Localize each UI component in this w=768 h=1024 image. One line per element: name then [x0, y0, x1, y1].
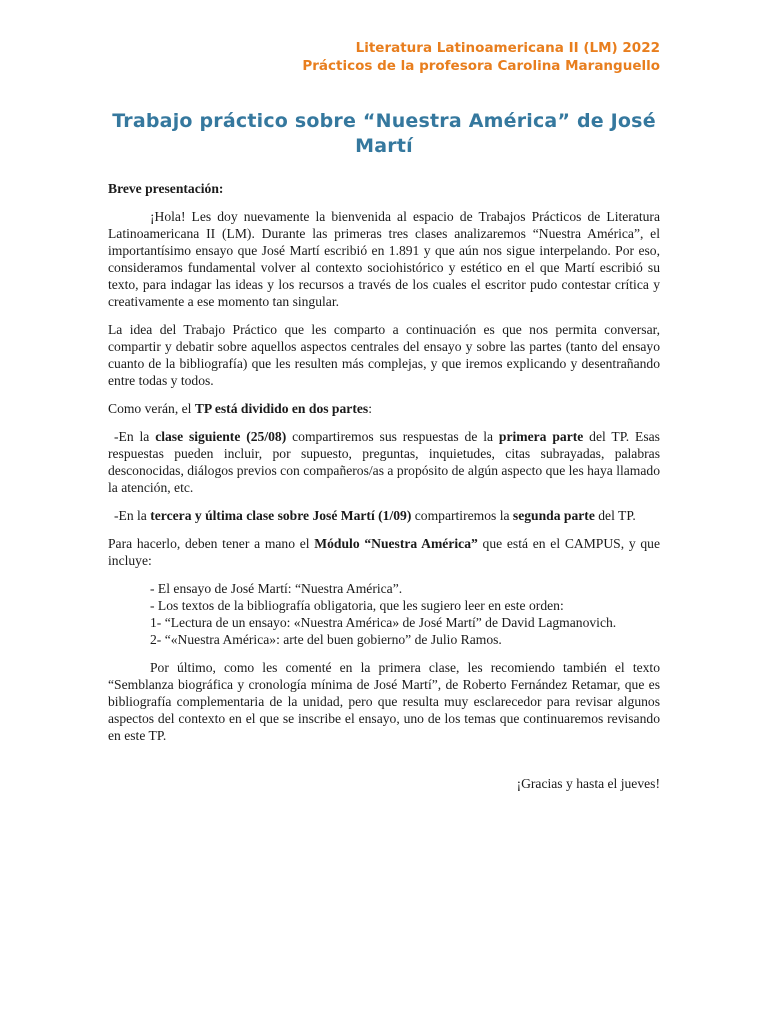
- text-run: La idea del Trabajo Práctico que les com…: [108, 322, 660, 388]
- bold-text-run: TP está dividido en dos partes: [195, 401, 368, 416]
- bold-text-run: Breve presentación:: [108, 181, 223, 196]
- text-run: ¡Hola! Les doy nuevamente la bienvenida …: [108, 209, 660, 309]
- text-run: compartiremos sus respuestas de la: [286, 429, 499, 444]
- text-run: :: [368, 401, 372, 416]
- paragraph-indent: ¡Hola! Les doy nuevamente la bienvenida …: [108, 208, 660, 310]
- bold-text-run: primera parte: [499, 429, 583, 444]
- bold-text-run: Módulo “Nuestra América”: [314, 536, 478, 551]
- header-line-2: Prácticos de la profesora Carolina Maran…: [108, 58, 660, 76]
- paragraph-plain: Como verán, el TP está dividido en dos p…: [108, 400, 660, 417]
- document-body: Breve presentación:¡Hola! Les doy nuevam…: [108, 180, 660, 792]
- text-run: Por último, como les comenté en la prime…: [108, 660, 660, 743]
- document-title: Trabajo práctico sobre “Nuestra América”…: [108, 109, 660, 159]
- paragraph-dash: -En la clase siguiente (25/08) compartir…: [108, 428, 660, 496]
- text-run: Como verán, el: [108, 401, 195, 416]
- header-line-1: Literatura Latinoamericana II (LM) 2022: [108, 40, 660, 58]
- paragraph-indent: Por último, como les comenté en la prime…: [108, 659, 660, 744]
- text-run: 1- “Lectura de un ensayo: «Nuestra Améri…: [150, 615, 616, 630]
- paragraph-plain: La idea del Trabajo Práctico que les com…: [108, 321, 660, 389]
- document-page: Literatura Latinoamericana II (LM) 2022 …: [0, 0, 768, 1024]
- paragraph-list-end: 2- “«Nuestra América»: arte del buen gob…: [108, 631, 660, 648]
- paragraph-closing: ¡Gracias y hasta el jueves!: [108, 775, 660, 792]
- text-run: - El ensayo de José Martí: “Nuestra Amér…: [150, 581, 402, 596]
- paragraph-plain: Para hacerlo, deben tener a mano el Módu…: [108, 535, 660, 569]
- text-run: - Los textos de la bibliografía obligato…: [150, 598, 564, 613]
- paragraph-dash: -En la tercera y última clase sobre José…: [108, 507, 660, 524]
- paragraph-list: 1- “Lectura de un ensayo: «Nuestra Améri…: [108, 614, 660, 631]
- text-run: ¡Gracias y hasta el jueves!: [517, 776, 660, 791]
- text-run: -En la: [114, 508, 150, 523]
- paragraph-list: - El ensayo de José Martí: “Nuestra Amér…: [108, 580, 660, 597]
- bold-text-run: segunda parte: [513, 508, 595, 523]
- bold-text-run: tercera y última clase sobre José Martí …: [150, 508, 411, 523]
- text-run: -En la: [114, 429, 155, 444]
- paragraph-heading: Breve presentación:: [108, 180, 660, 197]
- document-header: Literatura Latinoamericana II (LM) 2022 …: [108, 40, 660, 76]
- text-run: 2- “«Nuestra América»: arte del buen gob…: [150, 632, 502, 647]
- text-run: Para hacerlo, deben tener a mano el: [108, 536, 314, 551]
- paragraph-list: - Los textos de la bibliografía obligato…: [108, 597, 660, 614]
- bold-text-run: clase siguiente (25/08): [155, 429, 286, 444]
- text-run: del TP.: [595, 508, 636, 523]
- text-run: compartiremos la: [411, 508, 513, 523]
